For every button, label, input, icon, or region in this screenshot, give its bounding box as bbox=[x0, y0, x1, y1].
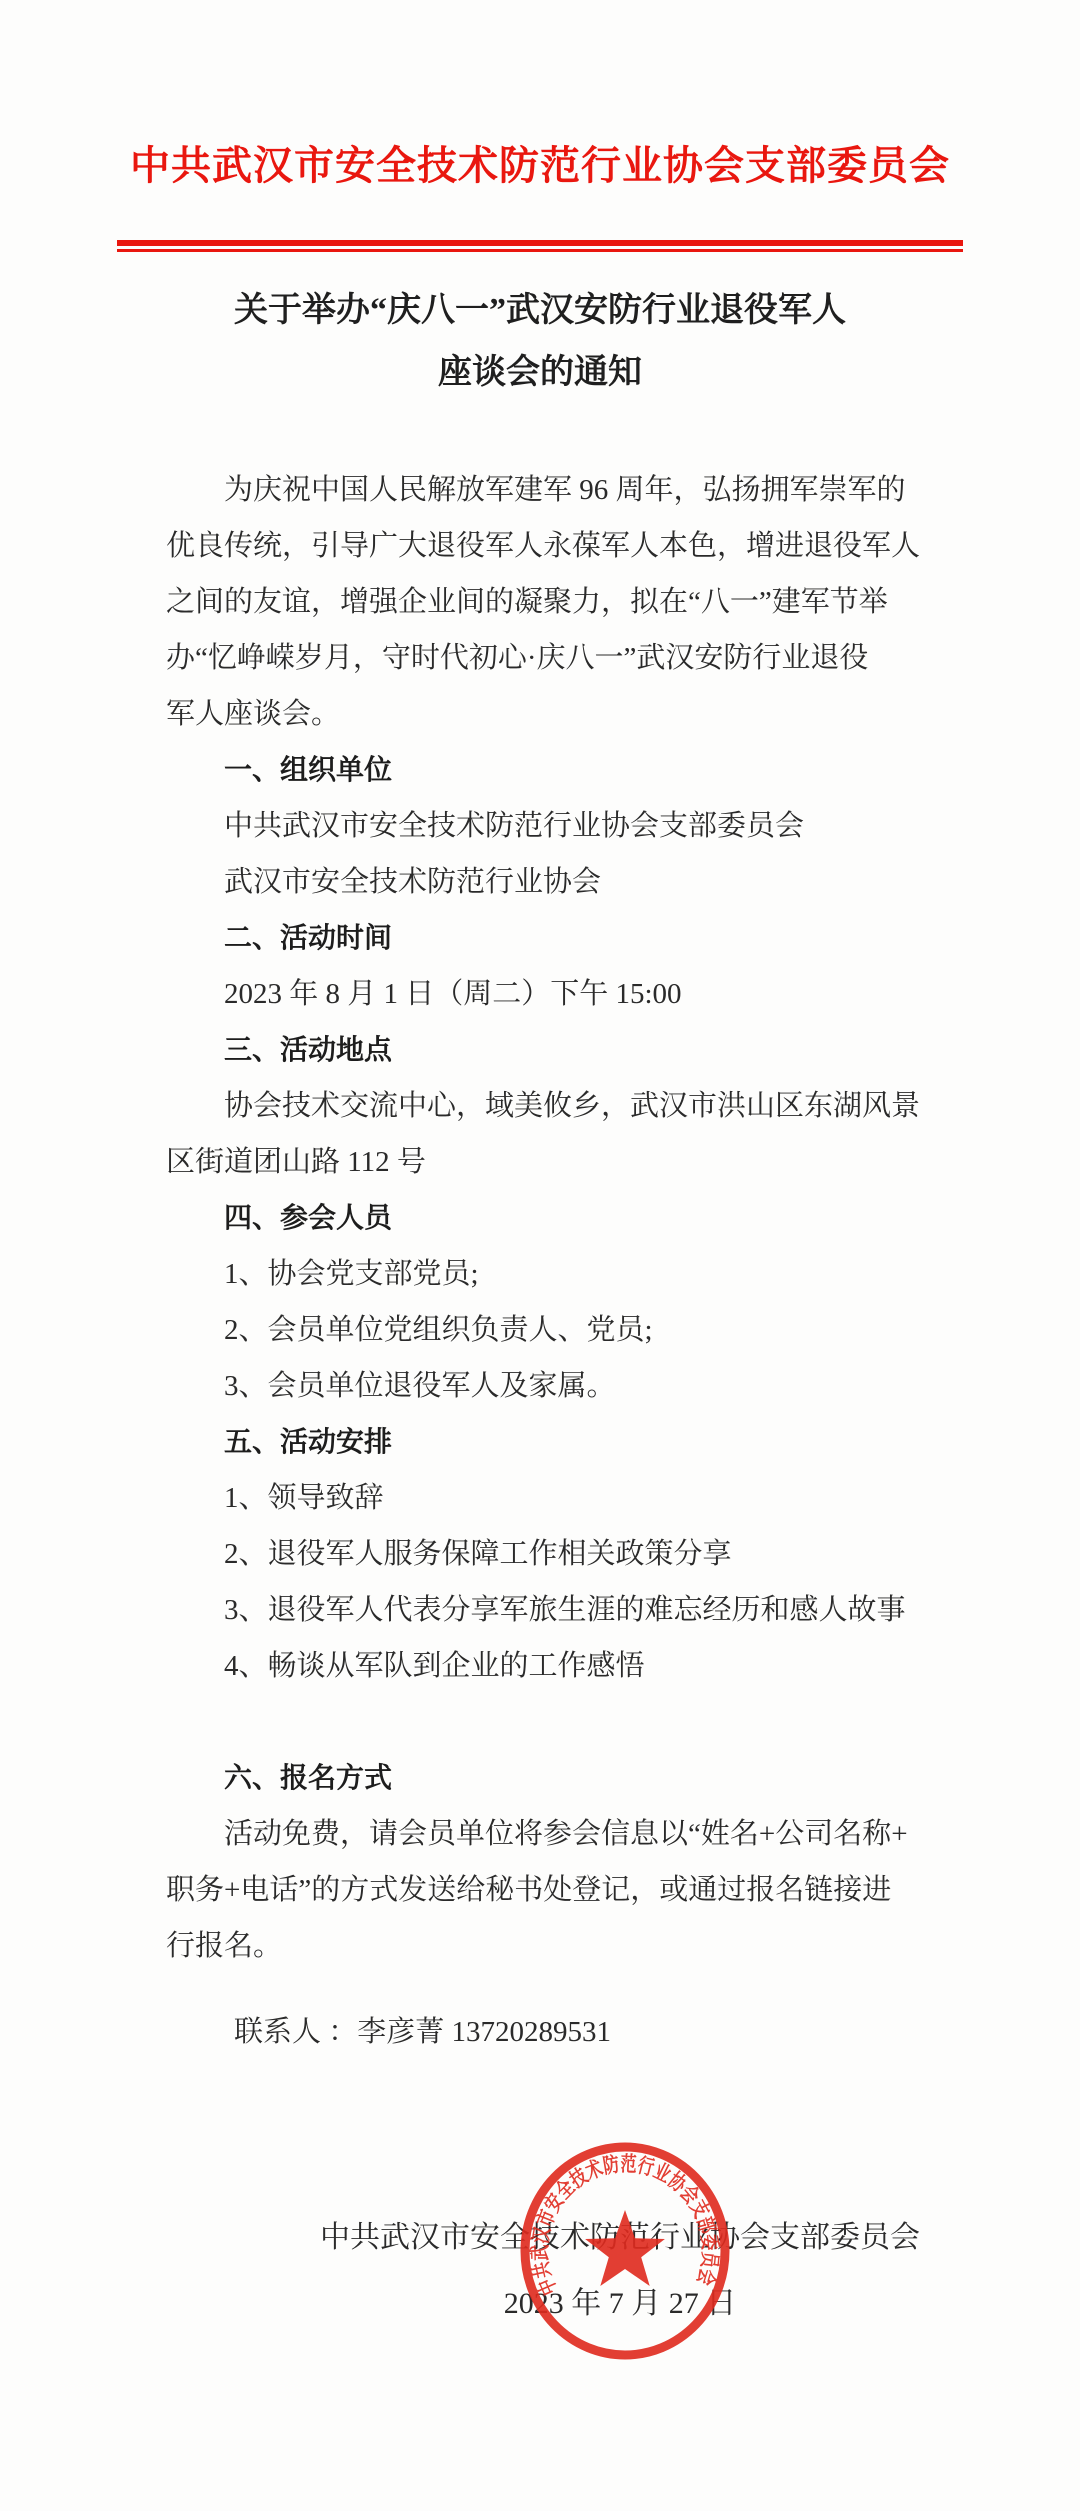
intro-line: 军人座谈会。 bbox=[166, 686, 914, 742]
document-body: 为庆祝中国人民解放军建军 96 周年，弘扬拥军崇军的 优良传统，引导广大退役军人… bbox=[166, 462, 914, 2060]
section-heading-agenda: 五、活动安排 bbox=[166, 1414, 914, 1470]
section-heading-time: 二、活动时间 bbox=[166, 910, 914, 966]
document-page: 中共武汉市安全技术防范行业协会支部委员会 关于举办“庆八一”武汉安防行业退役军人… bbox=[0, 0, 1080, 2511]
intro-line: 优良传统，引导广大退役军人永葆军人本色，增进退役军人 bbox=[166, 518, 914, 574]
list-item: 2、会员单位党组织负责人、党员; bbox=[166, 1302, 914, 1358]
document-title-line2: 座谈会的通知 bbox=[0, 342, 1080, 404]
list-item: 1、领导致辞 bbox=[166, 1470, 914, 1526]
intro-line: 之间的友谊，增强企业间的凝聚力，拟在“八一”建军节举 bbox=[166, 574, 914, 630]
document-title-line1: 关于举办“庆八一”武汉安防行业退役军人 bbox=[0, 280, 1080, 342]
body-line: 协会技术交流中心，域美攸乡，武汉市洪山区东湖风景 bbox=[166, 1078, 914, 1134]
document-title: 关于举办“庆八一”武汉安防行业退役军人 座谈会的通知 bbox=[0, 280, 1080, 404]
section-heading-location: 三、活动地点 bbox=[166, 1022, 914, 1078]
list-item: 3、退役军人代表分享军旅生涯的难忘经历和感人故事 bbox=[166, 1582, 914, 1638]
header-divider bbox=[117, 240, 963, 252]
body-line: 区街道团山路 112 号 bbox=[166, 1134, 914, 1190]
body-line: 行报名。 bbox=[166, 1918, 914, 1974]
body-line: 2023 年 8 月 1 日（周二）下午 15:00 bbox=[166, 966, 914, 1022]
divider-thin-line bbox=[117, 249, 963, 252]
contact-line: 联系人 ：李彦菁 13720289531 bbox=[166, 2004, 914, 2060]
intro-line: 为庆祝中国人民解放军建军 96 周年，弘扬拥军崇军的 bbox=[166, 462, 914, 518]
section-heading-registration: 六、报名方式 bbox=[166, 1750, 914, 1806]
seal-star-icon bbox=[585, 2210, 665, 2286]
intro-line: 办“忆峥嵘岁月，守时代初心·庆八一”武汉安防行业退役 bbox=[166, 630, 914, 686]
section-heading-participants: 四、参会人员 bbox=[166, 1190, 914, 1246]
list-item: 3、会员单位退役军人及家属。 bbox=[166, 1358, 914, 1414]
list-item: 2、退役军人服务保障工作相关政策分享 bbox=[166, 1526, 914, 1582]
official-seal-stamp: 中共武汉市安全技术防范行业协会支部委员会 bbox=[517, 2140, 733, 2362]
divider-thick-line bbox=[117, 240, 963, 246]
list-item: 4、畅谈从军队到企业的工作感悟 bbox=[166, 1638, 914, 1694]
section-heading-organizers: 一、组织单位 bbox=[166, 742, 914, 798]
body-line: 武汉市安全技术防范行业协会 bbox=[166, 854, 914, 910]
body-line: 中共武汉市安全技术防范行业协会支部委员会 bbox=[166, 798, 914, 854]
list-item: 1、协会党支部党员; bbox=[166, 1246, 914, 1302]
body-line: 职务+电话”的方式发送给秘书处登记，或通过报名链接进 bbox=[166, 1862, 914, 1918]
document-header-title: 中共武汉市安全技术防范行业协会支部委员会 bbox=[0, 0, 1080, 190]
body-line: 活动免费，请会员单位将参会信息以“姓名+公司名称+ bbox=[166, 1806, 914, 1862]
